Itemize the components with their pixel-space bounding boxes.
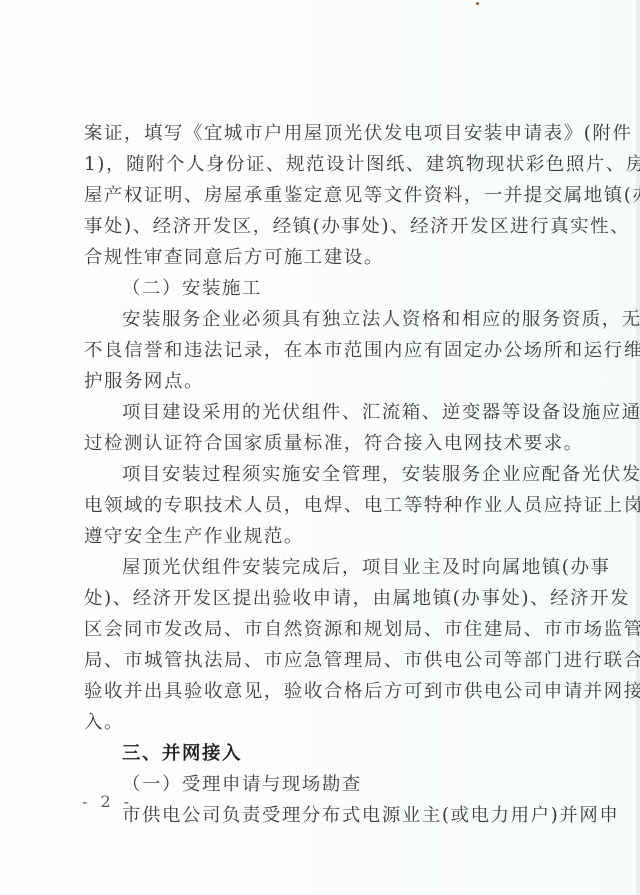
paragraph-service-company: 安装服务企业必须具有独立法人资格和相应的服务资质，无 不良信誉和违法记录，在本市… — [84, 304, 560, 397]
subheading-application-survey: （一）受理申请与现场勘查 — [84, 769, 560, 800]
paragraph-power-company: 市供电公司负责受理分布式电源业主(或电力用户)并网申 — [84, 800, 560, 831]
document-body: 案证，填写《宜城市户用屋顶光伏发电项目安装申请表》(附件 1)，随附个人身份证、… — [84, 118, 560, 831]
text-line: 案证，填写《宜城市户用屋顶光伏发电项目安装申请表》(附件 — [84, 118, 560, 149]
page-number: - 2 - — [82, 792, 133, 811]
text-line: 护服务网点。 — [84, 366, 560, 397]
text-line: 遵守安全生产作业规范。 — [84, 521, 560, 552]
paragraph-safety-management: 项目安装过程须实施安全管理，安装服务企业应配备光伏发 电领域的专职技术人员，电焊… — [84, 459, 560, 552]
paragraph-acceptance: 屋顶光伏组件安装完成后，项目业主及时向属地镇(办事 处)、经济开发区提出验收申请… — [84, 552, 560, 738]
text-line: 局、市城管执法局、市应急管理局、市供电公司等部门进行联合 — [84, 645, 560, 676]
text-line: 屋顶光伏组件安装完成后，项目业主及时向属地镇(办事 — [84, 552, 560, 583]
text-line: 不良信誉和违法记录，在本市范围内应有固定办公场所和运行维 — [84, 335, 560, 366]
text-line: 处)、经济开发区提出验收申请，由属地镇(办事处)、经济开发 — [84, 583, 560, 614]
text-line: 1)，随附个人身份证、规范设计图纸、建筑物现状彩色照片、房 — [84, 149, 560, 180]
text-line: 项目建设采用的光伏组件、汇流箱、逆变器等设备设施应通 — [84, 397, 560, 428]
paragraph-equipment-standards: 项目建设采用的光伏组件、汇流箱、逆变器等设备设施应通 过检测认证符合国家质量标准… — [84, 397, 560, 459]
text-line: 项目安装过程须实施安全管理，安装服务企业应配备光伏发 — [84, 459, 560, 490]
text-line: 过检测认证符合国家质量标准，符合接入电网技术要求。 — [84, 428, 560, 459]
subheading-installation: （二）安装施工 — [84, 273, 560, 304]
text-line: 市供电公司负责受理分布式电源业主(或电力用户)并网申 — [84, 800, 560, 831]
text-line: 电领域的专职技术人员，电焊、电工等特种作业人员应持证上岗， — [84, 490, 560, 521]
paragraph-application-materials: 案证，填写《宜城市户用屋顶光伏发电项目安装申请表》(附件 1)，随附个人身份证、… — [84, 118, 560, 273]
text-line: 安装服务企业必须具有独立法人资格和相应的服务资质，无 — [84, 304, 560, 335]
scan-speck — [476, 2, 479, 5]
text-line: 入。 — [84, 707, 560, 738]
text-line: 验收并出具验收意见，验收合格后方可到市供电公司申请并网接 — [84, 676, 560, 707]
text-line: 事处)、经济开发区，经镇(办事处)、经济开发区进行真实性、 — [84, 211, 560, 242]
page-edge — [636, 0, 640, 895]
section-heading-grid-connection: 三、并网接入 — [84, 738, 560, 769]
document-page: 案证，填写《宜城市户用屋顶光伏发电项目安装申请表》(附件 1)，随附个人身份证、… — [0, 0, 640, 895]
text-line: 屋产权证明、房屋承重鉴定意见等文件资料，一并提交属地镇(办 — [84, 180, 560, 211]
text-line: 合规性审查同意后方可施工建设。 — [84, 242, 560, 273]
text-line: 区会同市发改局、市自然资源和规划局、市住建局、市市场监管 — [84, 614, 560, 645]
